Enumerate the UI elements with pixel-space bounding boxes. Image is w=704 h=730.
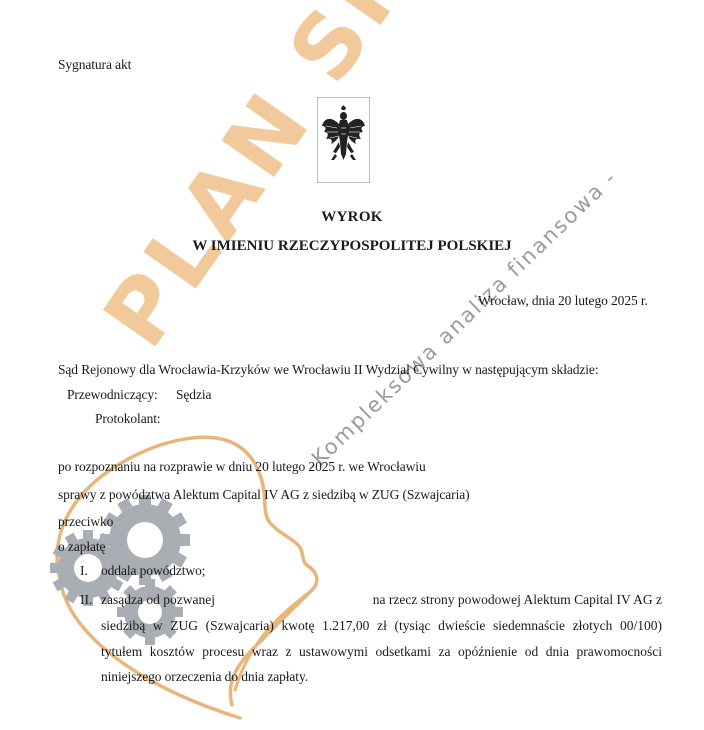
item-number: II. <box>80 591 92 609</box>
presiding-judge-value: Sędzia <box>176 386 211 404</box>
defendant-line: przeciwko <box>58 513 113 531</box>
item-number: I. <box>80 562 88 580</box>
date-place: Wrocław, dnia 20 lutego 2025 r. <box>478 292 648 310</box>
case-signature-label: Sygnatura akt <box>58 56 131 74</box>
presiding-judge-label: Przewodniczący: <box>67 386 158 404</box>
document-subtitle: W IMIENIU RZECZYPOSPOLITEJ POLSKIEJ <box>0 237 704 255</box>
redacted-defendant-name <box>249 591 339 609</box>
subject-line: o zapłatę <box>58 538 105 556</box>
hearing-line: po rozpoznaniu na rozprawie w dniu 20 lu… <box>58 458 426 476</box>
item-text-start: zasądza od pozwanej <box>101 591 215 609</box>
item-text-line: tytułem kosztów procesu wraz z ustawowym… <box>101 643 662 661</box>
court-judgment-page: PLAN SPŁATY -Kompleksowa analiza finanso… <box>0 0 704 730</box>
document-title: WYROK <box>0 208 704 226</box>
polish-eagle-emblem-icon <box>317 97 370 183</box>
item-text-line: siedzibą w ZUG (Szwajcaria) kwotę 1.217,… <box>101 617 662 635</box>
claimant-line: sprawy z powództwa Alektum Capital IV AG… <box>58 486 470 504</box>
court-clerk-label: Protokolant: <box>95 410 161 428</box>
court-composition-line: Sąd Rejonowy dla Wrocławia-Krzyków we Wr… <box>58 361 598 379</box>
item-text-first-line: zasądza od pozwanej na rzecz strony powo… <box>101 591 662 609</box>
item-text: oddala powództwo; <box>101 562 205 580</box>
item-text-line: niniejszego orzeczenia do dnia zapłaty. <box>101 668 308 686</box>
item-text-continue: na rzecz strony powodowej Alektum Capita… <box>373 591 662 609</box>
